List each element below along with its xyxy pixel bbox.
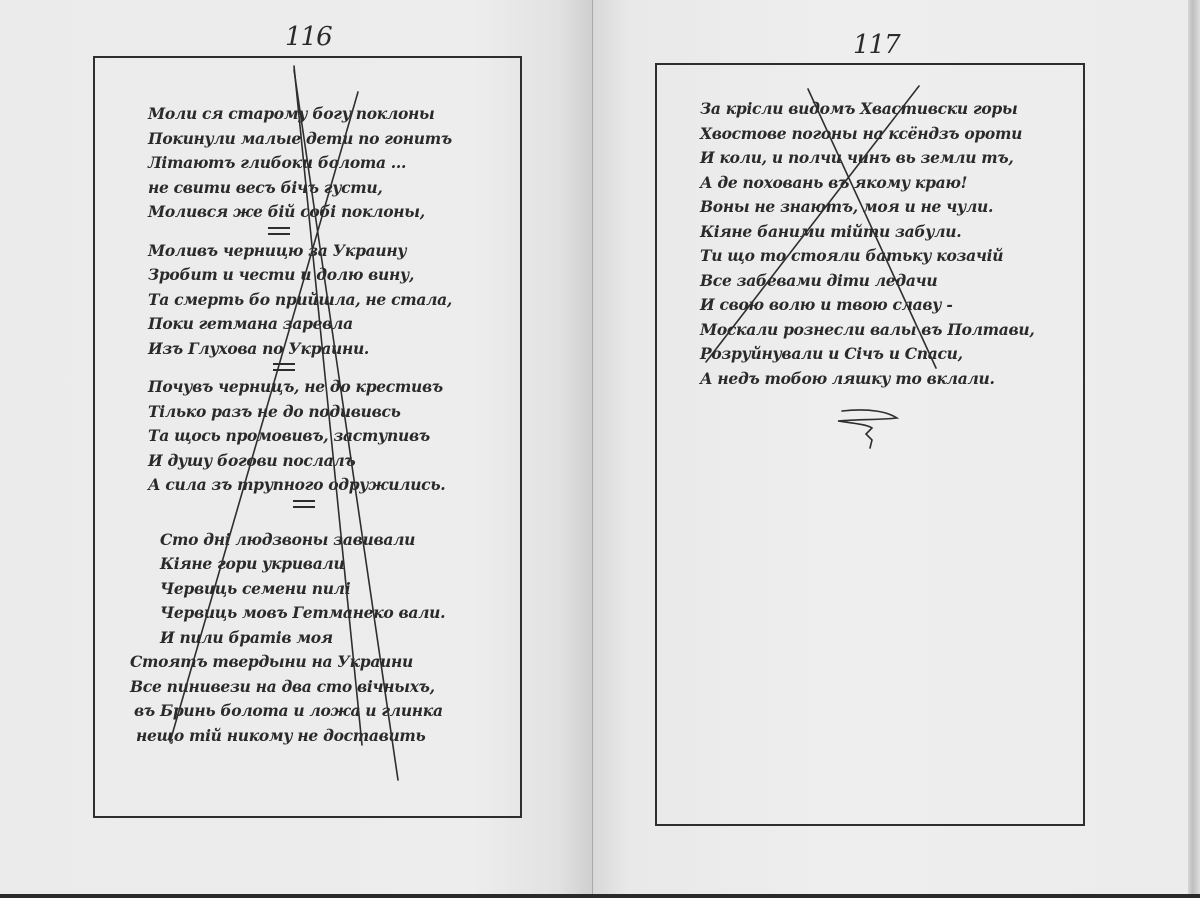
verse-line: Моливъ черницю за Украину (148, 239, 452, 264)
verse-line: Стоятъ твердыни на Украини (130, 650, 452, 675)
verse-line: Молився же бій собі поклоны, (148, 200, 452, 225)
verse-line: А де поховань въ якому краю! (700, 171, 1034, 196)
verse-line: За крісли видомъ Хвастивски горы (700, 97, 1034, 122)
verse-line: И свою волю и твою славу - (700, 293, 1034, 318)
verse-line: въ Бринь болота и ложа и глинка (134, 699, 452, 724)
verse-line: Сто дні людзвоны завивали (160, 528, 452, 553)
verse-line: Моли ся старому богу поклоны (148, 102, 452, 127)
page-number-left: 116 (285, 22, 332, 52)
verse-line: И пили братів моя (160, 626, 452, 651)
verse-line: И коли, и полчи чинъ вь земли тъ, (700, 146, 1034, 171)
verse-line: Розруйнували и Січъ и Спаси, (700, 342, 1034, 367)
verse-line: Зробит и чести и долю вину, (148, 263, 452, 288)
verse-line: И душу богови послалъ (148, 449, 452, 474)
verse-line: не свити весъ бічъ густи, (148, 176, 452, 201)
verse-line: Поки гетмана заревла (148, 312, 452, 337)
stanza-1: За крісли видомъ Хвастивски горы Хвостов… (700, 97, 1034, 391)
verse-line: Все забевами діти ледачи (700, 269, 1034, 294)
right-poem: За крісли видомъ Хвастивски горы Хвостов… (700, 97, 1034, 391)
verse-line: Червиць семени пилі (160, 577, 452, 602)
verse-line: Покинули малые дети по гонитъ (148, 127, 452, 152)
stanza-divider (268, 227, 290, 235)
left-poem: Моли ся старому богу поклоны Покинули ма… (148, 102, 452, 748)
verse-line: Изъ Глухова по Украини. (148, 337, 452, 362)
verse-line: Москали рознесли валы въ Полтави, (700, 318, 1034, 343)
stanza-divider (293, 500, 315, 508)
verse-line: Червиць мовъ Гетманеко вали. (160, 601, 452, 626)
verse-line: А недъ тобою ляшку то вклали. (700, 367, 1034, 392)
stanza-2: Моливъ черницю за Украину Зробит и чести… (148, 239, 452, 362)
page-edge (1188, 0, 1200, 898)
verse-line: Кіяне баними тійти забули. (700, 220, 1034, 245)
verse-line: нещо тій никому не доставить (136, 724, 452, 749)
verse-line: Літаютъ глибоки болота ... (148, 151, 452, 176)
manuscript-spread: 116 117 Моли ся старому богу поклоны Пок… (0, 0, 1200, 898)
stanza-divider (273, 363, 295, 371)
verse-line: Почувъ черницъ, не до крестивъ (148, 375, 452, 400)
verse-line: Все пинивези на два сто вічныхъ, (130, 675, 452, 700)
stanza-4: Сто дні людзвоны завивали Кіяне гори укр… (148, 528, 452, 749)
verse-line: Воны не знаютъ, моя и не чули. (700, 195, 1034, 220)
verse-line: А сила зъ трупного одружились. (148, 473, 452, 498)
page-number-right: 117 (853, 30, 900, 60)
scan-bottom-edge (0, 894, 1200, 898)
verse-line: Ти що то стояли батьку козачій (700, 244, 1034, 269)
verse-line: Хвостове погоны на ксёндзъ ороти (700, 122, 1034, 147)
verse-line: Та смерть бо прийшла, не стала, (148, 288, 452, 313)
stanza-1: Моли ся старому богу поклоны Покинули ма… (148, 102, 452, 225)
verse-line: Кіяне гори укривали (160, 552, 452, 577)
verse-line: Та щось промовивъ, заступивъ (148, 424, 452, 449)
verse-line: Тілько разъ не до подививсь (148, 400, 452, 425)
stanza-3: Почувъ черницъ, не до крестивъ Тілько ра… (148, 375, 452, 498)
